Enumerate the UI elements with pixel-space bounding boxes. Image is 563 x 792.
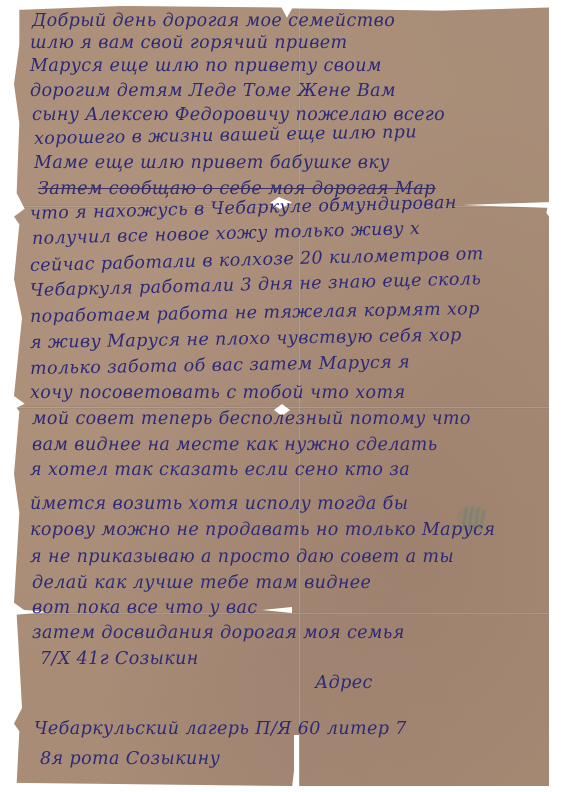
- letter-line: корову можно не продавать но только Мару…: [30, 517, 495, 543]
- address-line: Чебаркульский лагерь П/Я 60 литер 7: [34, 716, 407, 742]
- letter-line: мой совет теперь бесполезный потому что: [32, 406, 471, 432]
- address-unit-recipient: 8я рота Созыкину: [40, 746, 220, 772]
- address-label: Адрес: [315, 670, 373, 696]
- letter-line: делай как лучше тебе там виднее: [32, 570, 371, 596]
- letter-line: я не приказываю а просто даю совет а ты: [30, 544, 454, 570]
- letter-date-signature: 7/X 41г Созыкин: [40, 646, 199, 672]
- letter-line: Маруся еще шлю по привету своим: [30, 53, 382, 79]
- letter-line: ймется возить хотя исполу тогда бы: [30, 491, 408, 517]
- letter-line: Маме еще шлю привет бабушке вку: [34, 150, 390, 176]
- letter-line: я хотел так сказать если сено кто за: [30, 457, 410, 483]
- letter-line: вам виднее на месте как нужно сделать: [32, 432, 438, 458]
- letter-line: вот пока все что у вас: [32, 595, 258, 621]
- paper-tear: [294, 735, 299, 792]
- letter-line: хочу посоветовать с тобой что хотя: [30, 380, 405, 406]
- letter-line: затем досвидания дорогая моя семья: [32, 620, 405, 646]
- letter-line: дорогим детям Леде Томе Жене Вам: [30, 78, 396, 104]
